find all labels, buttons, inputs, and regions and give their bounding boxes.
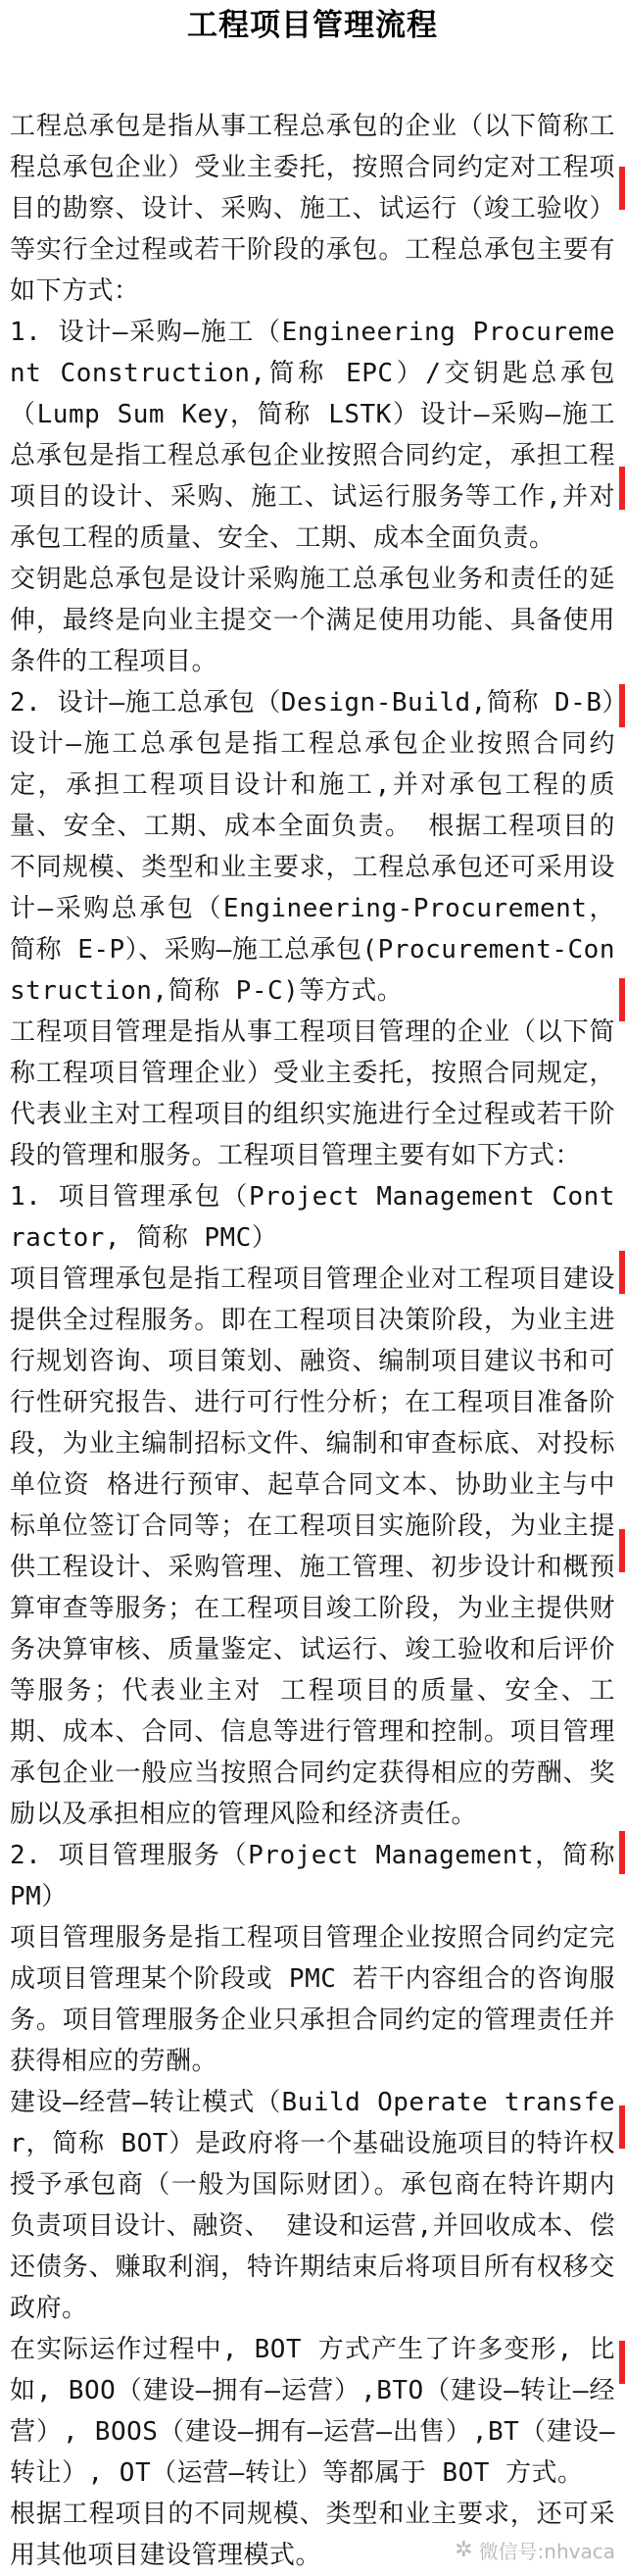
- paragraph: 2. 项目管理服务（Project Management，简称 PM）: [10, 1835, 615, 1917]
- paragraph: 项目管理服务是指工程项目管理企业按照合同约定完成项目管理某个阶段或 PMC 若干…: [10, 1917, 615, 2082]
- paragraph: 在实际运作过程中, BOT 方式产生了许多变形, 比如, BOO（建设—拥有—运…: [10, 2329, 615, 2494]
- page-edge-marker: [619, 1529, 625, 1572]
- page-edge-marker: [619, 2341, 625, 2384]
- edge-markers: [617, 0, 625, 2576]
- paragraph: 交钥匙总承包是设计采购施工总承包业务和责任的延伸，最终是向业主提交一个满足使用功…: [10, 559, 615, 682]
- page-title: 工程项目管理流程: [0, 6, 625, 45]
- paragraph: 工程项目管理是指从事工程项目管理的企业（以下简称工程项目管理企业）受业主委托，按…: [10, 1012, 615, 1176]
- article-page: 工程项目管理流程 工程总承包是指从事工程总承包的企业（以下简称工程总承包企业）受…: [0, 0, 625, 2576]
- page-edge-marker: [619, 467, 625, 510]
- paragraph: 项目管理承包是指工程项目管理企业对工程项目建设提供全过程服务。即在工程项目决策阶…: [10, 1259, 615, 1835]
- watermark-logo-icon: ✲: [455, 2540, 472, 2561]
- page-edge-marker: [619, 167, 625, 210]
- page-edge-marker: [619, 978, 625, 1021]
- paragraph: 建设—经营—转让模式（Build Operate transfer，简称 BOT…: [10, 2082, 615, 2329]
- page-edge-marker: [619, 2105, 625, 2149]
- page-edge-marker: [619, 1831, 625, 1874]
- page-edge-marker: [619, 684, 625, 727]
- watermark: ✲ 微信号:nhvaca: [455, 2536, 615, 2564]
- watermark-text: 微信号:nhvaca: [479, 2536, 615, 2564]
- paragraph: 2. 设计—施工总承包（Design-Build,简称 D-B）设计—施工总承包…: [10, 682, 615, 1012]
- paragraph: 1. 项目管理承包（Project Management Contractor,…: [10, 1176, 615, 1259]
- paragraph: 1. 设计—采购—施工（Engineering Procurement Cons…: [10, 312, 615, 559]
- page-edge-marker: [619, 1251, 625, 1294]
- paragraph: 工程总承包是指从事工程总承包的企业（以下简称工程总承包企业）受业主委托，按照合同…: [10, 106, 615, 312]
- article-body: 工程总承包是指从事工程总承包的企业（以下简称工程总承包企业）受业主委托，按照合同…: [0, 106, 625, 2576]
